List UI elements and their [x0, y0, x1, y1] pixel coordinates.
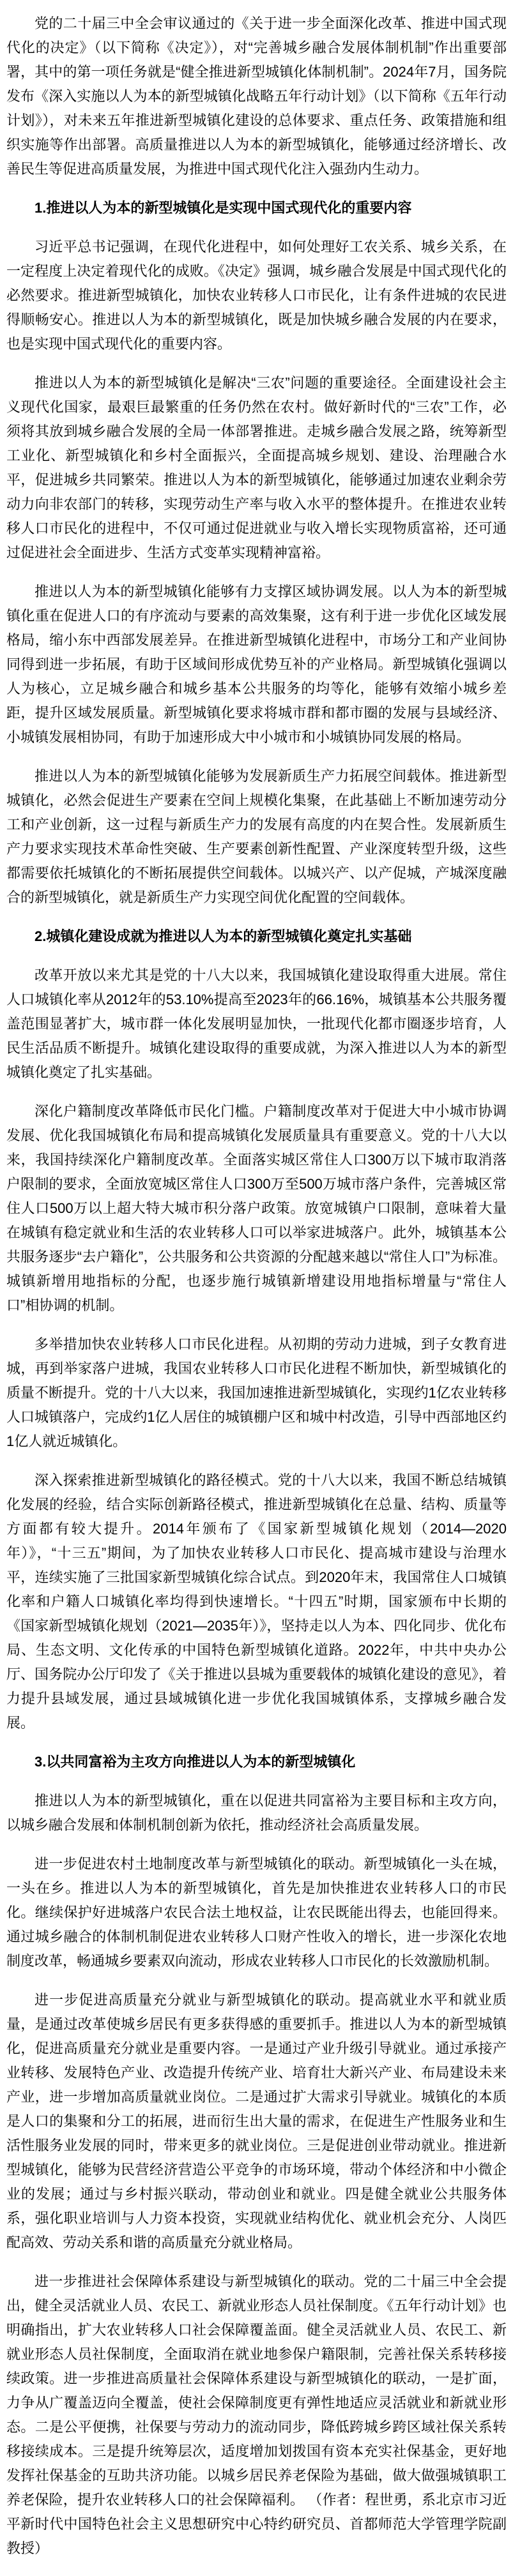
article-body: 党的二十届三中全会审议通过的《关于进一步全面深化改革、推进中国式现代化的决定》（… [6, 11, 507, 2561]
body-paragraph: 习近平总书记强调，在现代化进程中，如何处理好工农关系、城乡关系，在一定程度上决定… [6, 235, 507, 356]
body-paragraph: 进一步促进农村土地制度改革与新型城镇化的联动。新型城镇化一头在城，一头在乡。推进… [6, 1852, 507, 1973]
body-paragraph: 多举措加快农业转移人口市民化进程。从初期的劳动力进城，到子女教育进城，再到举家落… [6, 1332, 507, 1454]
body-paragraph: 深入探索推进新型城镇化的路径模式。党的十八大以来，我国不断总结城镇化发展的经验，… [6, 1468, 507, 1735]
body-paragraph: 推进以人为本的新型城镇化能够有力支撑区域协调发展。以人为本的新型城镇化重在促进人… [6, 580, 507, 749]
body-paragraph: 进一步推进社会保障体系建设与新型城镇化的联动。党的二十届三中全会提出，健全灵活就… [6, 2270, 507, 2561]
body-paragraph: 推进以人为本的新型城镇化，重在以促进共同富裕为主要目标和主攻方向，以城乡融合发展… [6, 1789, 507, 1837]
body-paragraph: 党的二十届三中全会审议通过的《关于进一步全面深化改革、推进中国式现代化的决定》（… [6, 11, 507, 181]
body-paragraph: 进一步促进高质量充分就业与新型城镇化的联动。提高就业水平和就业质量，是通过改革使… [6, 1988, 507, 2255]
section-heading: 2.城镇化建设成就为推进以人为本的新型城镇化奠定扎实基础 [6, 924, 507, 949]
body-paragraph: 改革开放以来尤其是党的十八大以来，我国城镇化建设取得重大进展。常住人口城镇化率从… [6, 963, 507, 1085]
body-paragraph: 推进以人为本的新型城镇化是解决“三农”问题的重要途径。全面建设社会主义现代化国家… [6, 371, 507, 565]
section-heading: 3.以共同富裕为主攻方向推进以人为本的新型城镇化 [6, 1750, 507, 1774]
article-page: 党的二十届三中全会审议通过的《关于进一步全面深化改革、推进中国式现代化的决定》（… [0, 0, 513, 2576]
section-heading: 1.推进以人为本的新型城镇化是实现中国式现代化的重要内容 [6, 196, 507, 220]
body-paragraph: 深化户籍制度改革降低市民化门槛。户籍制度改革对于促进大中小城市协调发展、优化我国… [6, 1099, 507, 1318]
body-paragraph: 推进以人为本的新型城镇化能够为发展新质生产力拓展空间载体。推进新型城镇化，必然会… [6, 764, 507, 910]
